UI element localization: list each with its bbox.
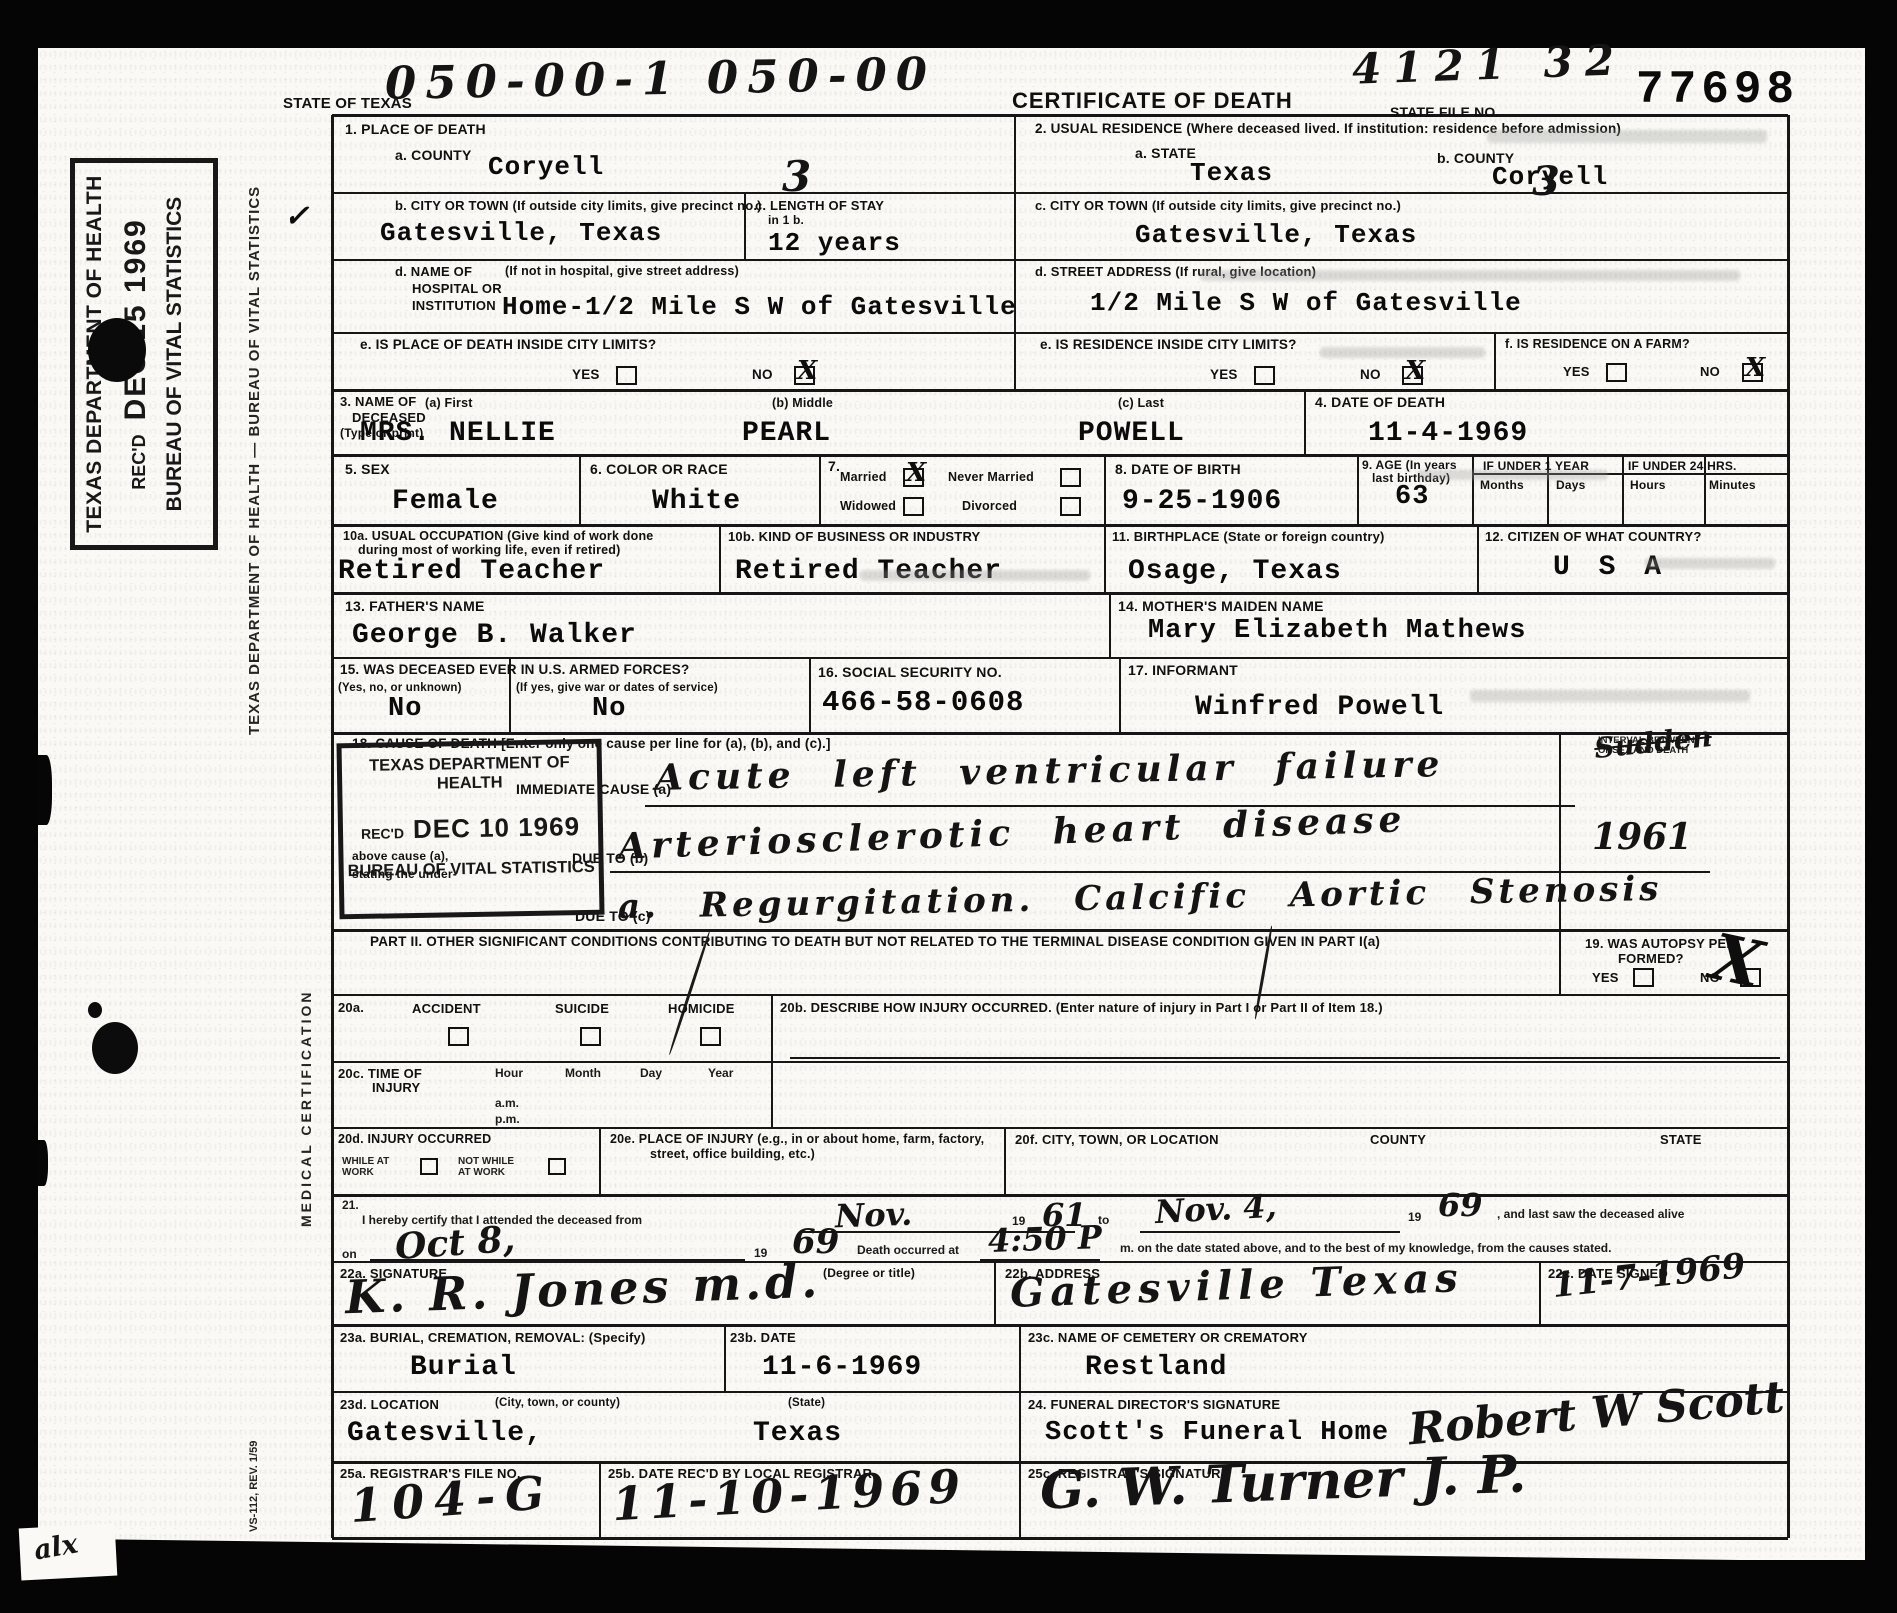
- grid-line: [332, 1537, 1788, 1540]
- grid-line: [332, 732, 1788, 735]
- field-20c-day-label: Day: [640, 1066, 662, 1080]
- field-20d-not-while-label1: NOT WHILE: [458, 1156, 514, 1167]
- stamp-date: DEC 10 1969: [413, 811, 581, 844]
- field-23d-sub2: (State): [788, 1397, 825, 1409]
- grid-line: [332, 1324, 1788, 1327]
- grid-line: [1622, 455, 1624, 525]
- field-21-text2: , and last saw the deceased alive: [1497, 1207, 1684, 1221]
- grid-line: [332, 929, 1788, 932]
- field-20a-suicide-label: SUICIDE: [555, 1001, 609, 1016]
- field-7-widowed-label: Widowed: [840, 499, 896, 513]
- field-3-middle-label: (b) Middle: [772, 396, 833, 410]
- field-3-first-label: (a) First: [425, 396, 473, 410]
- field-20a-accident-label: ACCIDENT: [412, 1001, 481, 1016]
- checkbox-7-divorced: [1060, 497, 1081, 516]
- field-23d-label: 23d. LOCATION: [340, 1397, 439, 1412]
- field-21-number: 21.: [342, 1198, 359, 1212]
- field-13-value: George B. Walker: [352, 620, 637, 651]
- field-3-last-label: (c) Last: [1118, 396, 1164, 410]
- grid-line: [332, 592, 1788, 595]
- grid-line: [719, 525, 721, 593]
- bleed-through-artifact: [860, 570, 1090, 581]
- field-2d-value: 1/2 Mile S W of Gatesville: [1090, 288, 1522, 318]
- field-20e-label1: 20e. PLACE OF INJURY (e.g., in or about …: [610, 1132, 984, 1146]
- scan-edge-blob: [38, 755, 52, 825]
- grid-line: [332, 657, 1788, 659]
- field-23d-sub1: (City, town, or county): [495, 1397, 620, 1409]
- field-2f-label: f. IS RESIDENCE ON A FARM?: [1505, 337, 1690, 351]
- margin-form-number: VS-112, REV. 1/59: [248, 1382, 260, 1532]
- field-2e-label: e. IS RESIDENCE INSIDE CITY LIMITS?: [1040, 337, 1297, 352]
- field-20f-county-label: COUNTY: [1370, 1132, 1426, 1147]
- field-1e-no-label: NO: [752, 367, 773, 382]
- field-11-value: Osage, Texas: [1128, 556, 1342, 587]
- handwritten-numbers: 4121 32: [1351, 35, 1627, 94]
- field-3-last-value: POWELL: [1078, 418, 1185, 449]
- field-16-label: 16. SOCIAL SECURITY NO.: [818, 664, 1002, 680]
- field-24-value: Scott's Funeral Home: [1045, 1418, 1389, 1448]
- field-15-sub2: (If yes, give war or dates of service): [516, 682, 718, 694]
- field-4-value: 11-4-1969: [1368, 418, 1528, 449]
- xmark-1e-no: X: [797, 358, 817, 384]
- grid-line: [1357, 455, 1359, 525]
- bleed-through-artifact: [1487, 130, 1767, 143]
- field-minutes-label: Minutes: [1709, 478, 1756, 492]
- grid-line: [819, 455, 821, 525]
- ink-spot: [88, 1002, 102, 1018]
- stamp-line3: BUREAU OF VITAL STATISTICS: [344, 858, 599, 881]
- field-9-value: 63: [1395, 482, 1429, 512]
- field-7-divorced-label: Divorced: [962, 499, 1017, 513]
- field-21-from-hw: Nov.: [834, 1195, 912, 1236]
- field-7-never-married-label: Never Married: [948, 470, 1034, 484]
- grid-line: [1119, 658, 1121, 733]
- grid-line: [724, 1325, 726, 1392]
- field-11-label: 11. BIRTHPLACE (State or foreign country…: [1112, 529, 1385, 544]
- checkbox-1e-yes: [616, 366, 637, 385]
- state-file-number: 77698: [1636, 64, 1799, 116]
- part-2-label: PART II. OTHER SIGNIFICANT CONDITIONS CO…: [370, 934, 1380, 949]
- field-23d-value2: Texas: [753, 1418, 842, 1449]
- field-1d-value: Home-1/2 Mile S W of Gatesville: [502, 292, 1017, 322]
- field-21-last-seen-hw: Oct 8,: [394, 1218, 517, 1268]
- field-21-to-date-hw: Nov. 4,: [1154, 1187, 1277, 1231]
- grid-line: [771, 995, 773, 1128]
- grid-line: [1494, 333, 1496, 390]
- field-1a-label: a. COUNTY: [395, 147, 471, 163]
- bleed-through-artifact: [1200, 270, 1740, 281]
- field-2c-precinct-hw: 3: [1532, 158, 1560, 205]
- field-21-19b: 19: [1408, 1210, 1421, 1224]
- field-23b-value: 11-6-1969: [762, 1352, 922, 1383]
- field-16-value: 466-58-0608: [822, 686, 1024, 719]
- field-5-value: Female: [392, 486, 499, 517]
- ink-blob: [88, 318, 146, 382]
- stamp-recd-label: REC'D: [361, 825, 404, 842]
- checkbox-20d-not-while-at-work: [548, 1158, 566, 1175]
- grid-line: [332, 192, 1788, 194]
- field-4-label: 4. DATE OF DEATH: [1315, 394, 1445, 410]
- field-1e-label: e. IS PLACE OF DEATH INSIDE CITY LIMITS?: [360, 337, 656, 352]
- field-20a-label: 20a.: [338, 1000, 364, 1015]
- field-21-text3: Death occurred at: [857, 1243, 959, 1257]
- checkbox-2e-yes: [1254, 366, 1275, 385]
- field-8-label: 8. DATE OF BIRTH: [1115, 461, 1241, 477]
- field-7-label: 7.: [828, 458, 840, 474]
- field-23c-value: Restland: [1085, 1352, 1227, 1383]
- field-under-24-hrs-header: IF UNDER 24 HRS.: [1628, 459, 1737, 473]
- grid-line: [1104, 525, 1106, 593]
- field-2a-value: Texas: [1190, 158, 1273, 188]
- grid-line: [332, 524, 1788, 527]
- field-1b-value: Gatesville, Texas: [380, 218, 662, 248]
- field-14-label: 14. MOTHER'S MAIDEN NAME: [1118, 598, 1324, 614]
- grid-line: [645, 805, 1575, 807]
- field-1c-value: 12 years: [768, 228, 901, 258]
- checkbox-7-widowed: [903, 497, 924, 516]
- field-17-label: 17. INFORMANT: [1128, 662, 1238, 678]
- grid-line: [1014, 115, 1016, 390]
- grid-line: [332, 1061, 1788, 1063]
- field-3-first-value: MRS. NELLIE: [360, 418, 556, 449]
- grid-line: [599, 1462, 601, 1538]
- field-10a-value: Retired Teacher: [338, 556, 605, 587]
- grid-line: [1472, 455, 1474, 525]
- checkbox-19-yes: [1633, 968, 1654, 987]
- grid-line: [332, 259, 1788, 261]
- field-19-yes-label: YES: [1592, 970, 1619, 985]
- state-file-no-label: STATE FILE NO.: [1390, 104, 1500, 120]
- field-2a-label: a. STATE: [1135, 145, 1196, 161]
- field-1d-label2: HOSPITAL OR: [412, 281, 502, 296]
- field-2c-label: c. CITY OR TOWN (If outside city limits,…: [1035, 198, 1401, 213]
- checkbox-20a-accident: [448, 1027, 469, 1046]
- stamp-line1: TEXAS DEPARTMENT OF HEALTH: [342, 753, 598, 795]
- field-15-label: 15. WAS DECEASED EVER IN U.S. ARMED FORC…: [340, 662, 689, 677]
- field-22a-sub: (Degree or title): [823, 1266, 915, 1280]
- grid-line: [332, 332, 1788, 334]
- grid-line: [579, 455, 581, 525]
- grid-line: [331, 115, 334, 1538]
- field-20c-year-label: Year: [708, 1066, 733, 1080]
- ink-blob: [92, 1022, 138, 1074]
- grid-line: [1559, 733, 1561, 995]
- field-23d-value1: Gatesville,: [347, 1418, 543, 1449]
- xmark-7-married: X: [906, 460, 926, 486]
- grid-line: [599, 1128, 601, 1195]
- bleed-through-artifact: [1418, 470, 1608, 480]
- stamp-recd-label: REC'D: [129, 434, 149, 489]
- field-23c-label: 23c. NAME OF CEMETERY OR CREMATORY: [1028, 1330, 1308, 1345]
- handwritten-checkmark: ✓: [284, 202, 309, 232]
- grid-line: [790, 1057, 1780, 1059]
- field-19-label2: FORMED?: [1618, 951, 1684, 966]
- grid-line: [809, 658, 811, 733]
- field-20d-not-while-label2: AT WORK: [458, 1167, 505, 1178]
- field-2e-yes-label: YES: [1210, 367, 1238, 382]
- field-18b-interval-hw: 1961: [1592, 816, 1692, 858]
- checkbox-20a-suicide: [580, 1027, 601, 1046]
- field-20c-hour-label: Hour: [495, 1066, 523, 1080]
- field-13-label: 13. FATHER'S NAME: [345, 598, 485, 614]
- grid-line: [332, 994, 1788, 996]
- field-2c-value: Gatesville, Texas: [1135, 220, 1417, 250]
- checkbox-20d-while-at-work: [420, 1158, 438, 1175]
- field-21-time-hw: 4:50 P: [987, 1218, 1102, 1260]
- field-20e-label2: street, office building, etc.): [650, 1147, 815, 1161]
- field-20f-state-label: STATE: [1660, 1132, 1702, 1147]
- checkbox-7-never-married: [1060, 468, 1081, 487]
- grid-line: [1477, 525, 1479, 593]
- field-20b-label: 20b. DESCRIBE HOW INJURY OCCURRED. (Ente…: [780, 1000, 1383, 1015]
- grid-line: [332, 454, 1788, 457]
- field-17-value: Winfred Powell: [1195, 692, 1444, 723]
- field-20d-label: 20d. INJURY OCCURRED: [338, 1132, 491, 1146]
- stamp-line3: BUREAU OF VITAL STATISTICS: [163, 163, 187, 545]
- field-24-label: 24. FUNERAL DIRECTOR'S SIGNATURE: [1028, 1397, 1280, 1412]
- grid-line: [1109, 593, 1111, 658]
- field-2f-yes-label: YES: [1563, 364, 1590, 379]
- field-8-value: 9-25-1906: [1122, 486, 1282, 517]
- field-1d-note: (If not in hospital, give street address…: [505, 264, 739, 278]
- grid-line: [1539, 1262, 1541, 1325]
- field-3-title1: 3. NAME OF: [340, 394, 416, 409]
- grid-line: [1019, 1325, 1021, 1392]
- field-20c-label1: 20c. TIME OF: [338, 1066, 422, 1081]
- field-2e-no-label: NO: [1360, 367, 1381, 382]
- grid-line: [1019, 1462, 1021, 1538]
- received-stamp-dec-10: TEXAS DEPARTMENT OF HEALTH REC'DDEC 10 1…: [336, 739, 604, 920]
- field-10a-label1: 10a. USUAL OCCUPATION (Give kind of work…: [343, 529, 653, 543]
- field-1d-label: d. NAME OF: [395, 264, 472, 279]
- bleed-through-artifact: [1645, 558, 1775, 569]
- field-10a-label2: during most of working life, even if ret…: [358, 543, 621, 557]
- field-1b-label: b. CITY OR TOWN (If outside city limits,…: [395, 198, 762, 213]
- field-days-label: Days: [1556, 478, 1586, 492]
- field-1a-value: Coryell: [488, 152, 604, 182]
- field-20c-label2: INJURY: [372, 1080, 420, 1095]
- checkbox-20a-homicide: [700, 1027, 721, 1046]
- field-1d-label3: INSTITUTION: [412, 298, 496, 313]
- field-6-value: White: [652, 486, 741, 517]
- field-20a-homicide-label: HOMICIDE: [668, 1001, 735, 1016]
- field-15-value2: No: [592, 694, 626, 724]
- field-10b-label: 10b. KIND OF BUSINESS OR INDUSTRY: [728, 529, 980, 544]
- field-20d-while-label2: WORK: [342, 1167, 374, 1178]
- grid-line: [1140, 1231, 1400, 1233]
- field-1b-precinct-hw: 3: [782, 152, 811, 201]
- field-1-title: 1. PLACE OF DEATH: [345, 121, 486, 137]
- field-5-label: 5. SEX: [345, 461, 390, 477]
- scan-edge-blob: [38, 1140, 48, 1186]
- field-21-year2-hw: 69: [1438, 1186, 1483, 1224]
- field-hours-label: Hours: [1630, 478, 1666, 492]
- field-7-married-label: Married: [840, 470, 887, 484]
- grid-line: [1004, 1128, 1006, 1195]
- field-20f-label: 20f. CITY, TOWN, OR LOCATION: [1015, 1132, 1219, 1147]
- checkbox-2f-yes: [1606, 363, 1627, 382]
- field-15-sub1: (Yes, no, or unknown): [338, 682, 462, 694]
- grid-line: [1304, 390, 1306, 455]
- field-14-value: Mary Elizabeth Mathews: [1148, 616, 1526, 646]
- field-2f-no-label: NO: [1700, 364, 1720, 379]
- field-months-label: Months: [1480, 478, 1524, 492]
- grid-line: [1787, 115, 1790, 1538]
- grid-line: [1019, 1392, 1021, 1462]
- field-12-label: 12. CITIZEN OF WHAT COUNTRY?: [1485, 529, 1701, 544]
- field-1c-label2: in 1 b.: [768, 213, 804, 227]
- field-6-label: 6. COLOR OR RACE: [590, 461, 728, 477]
- margin-department-label: TEXAS DEPARTMENT OF HEALTH — BUREAU OF V…: [246, 135, 263, 735]
- grid-line: [994, 1262, 996, 1325]
- margin-medical-certification-label: MEDICAL CERTIFICATION: [298, 935, 314, 1227]
- grid-line: [332, 1127, 1788, 1129]
- xmark-2e-no: X: [1405, 358, 1425, 384]
- field-20d-while-label1: WHILE AT: [342, 1156, 389, 1167]
- field-15-value1: No: [388, 694, 422, 724]
- field-3-middle-value: PEARL: [742, 418, 831, 449]
- stamp-line2: REC'DDEC 10 1969: [343, 811, 599, 846]
- field-23a-label: 23a. BURIAL, CREMATION, REMOVAL: (Specif…: [340, 1330, 646, 1345]
- xmark-2f-no: X: [1745, 355, 1765, 381]
- field-21-on: on: [342, 1247, 357, 1261]
- field-21-text4: m. on the date stated above, and to the …: [1120, 1241, 1611, 1255]
- grid-line: [332, 389, 1788, 392]
- field-23b-label: 23b. DATE: [730, 1330, 796, 1345]
- page-title: CERTIFICATE OF DEATH: [1012, 88, 1293, 114]
- field-20c-am-label: a.m.: [495, 1096, 519, 1110]
- field-1e-yes-label: YES: [572, 367, 600, 382]
- field-20c-pm-label: p.m.: [495, 1112, 520, 1126]
- field-1c-label: c. LENGTH OF STAY: [755, 198, 884, 213]
- handwritten-code: 050-00-1 050-00: [385, 47, 937, 110]
- grid-line: [1104, 455, 1106, 525]
- death-certificate-scan: { "colors": { "paper": "#faf9f5", "ink":…: [0, 0, 1897, 1613]
- bleed-through-artifact: [1320, 347, 1485, 358]
- field-23a-value: Burial: [410, 1352, 517, 1383]
- field-20c-month-label: Month: [565, 1066, 601, 1080]
- bleed-through-artifact: [1470, 690, 1750, 702]
